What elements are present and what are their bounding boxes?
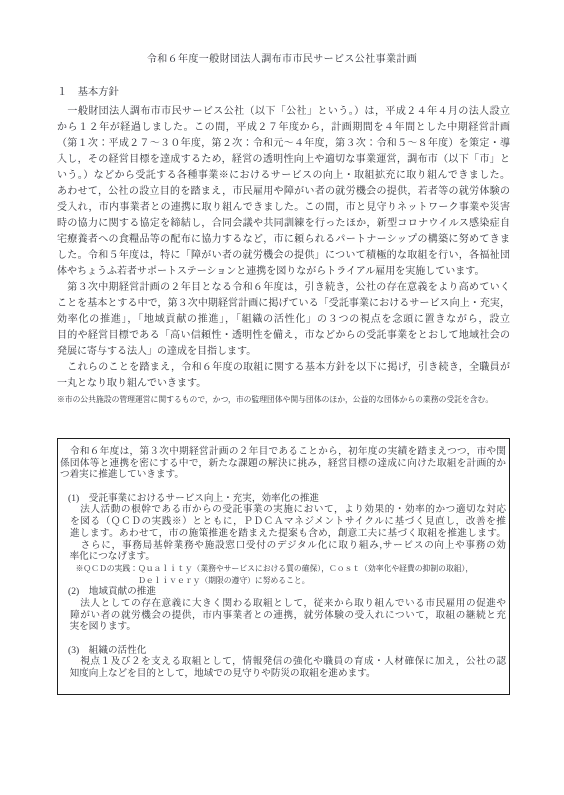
text-line: 実を図ります。 xyxy=(60,621,506,633)
text-line: 宅療養者への食糧品等の配布に協力するなど，市に頼られるパートナーシップの構築に努… xyxy=(57,232,510,248)
text-line: 目的や経営目標である「高い信頼性・透明性を備え，市などからの受託事業をとおして地… xyxy=(57,328,510,344)
text-line: （第１次：平成２７～３０年度，第２次：令和元～４年度，第３次：令和５～８年度）を… xyxy=(57,136,510,152)
text-line: Ｄｅｌｉｖｅｒｙ（期限の遵守）に努めること。 xyxy=(60,575,506,587)
text-line: 発展に寄与する法人」の達成を目指します。 xyxy=(57,344,510,360)
text-line: 率化につなげます。 xyxy=(60,551,506,563)
text-line: 一般財団法人調布市市民サービス公社（以下「公社」という。）は，平成２４年４月の法… xyxy=(57,104,510,120)
blank-line xyxy=(60,481,506,493)
text-line: 係団体等と連携を密にする中で，新たな課題の解決に挑み，経営目標の達成に向けた取組… xyxy=(60,458,506,470)
text-line: (2) 地域貢献の推進 xyxy=(60,586,506,598)
text-line: 体やちょうふ若者サポートステーションと連携を図りながらトライアル雇用を実施してい… xyxy=(57,264,510,280)
text-line: 第３次中期経営計画の２年目となる令和６年度は，引き続き，公社の存在意義をより高め… xyxy=(57,280,510,296)
section-1-body: 一般財団法人調布市市民サービス公社（以下「公社」という。）は，平成２４年４月の法… xyxy=(57,104,510,408)
text-line: 入し，その経営目標を達成するため，経営の透明性向上や適切な事業運営，調布市（以下… xyxy=(57,152,510,168)
text-line: した。令和５年度は，特に「障がい者の就労機会の提供」について積極的な取組を行い，… xyxy=(57,248,510,264)
text-line: 令和６年度は，第３次中期経営計画の２年目であることから，初年度の実績を踏まえつつ… xyxy=(60,446,506,458)
document-title: 令和６年度一般財団法人調布市市民サービス公社事業計画 xyxy=(0,54,564,66)
text-line: 効率化の推進」，「地域貢献の推進」，「組織の活性化」の３つの視点を念頭に置きなが… xyxy=(57,312,510,328)
text-line: さらに，事務局基幹業務や施設窓口受付のデジタル化に取り組み,サービスの向上や事務… xyxy=(60,540,506,552)
text-line: ※市の公共施設の管理運営に関するもので，かつ，市の監理団体や関与団体のほか，公益… xyxy=(57,392,510,408)
text-line: 一丸となり取り組んでいきます。 xyxy=(57,376,510,392)
text-line: 視点１及び２を支える取組として，情報発信の強化や職員の育成・人材確保に加え，公社… xyxy=(60,656,506,668)
text-line: 障がい者の就労機会の提供，市内事業者との連携，就労体験の受入れについて，取組の継… xyxy=(60,610,506,622)
text-line: (1) 受託事業におけるサービス向上・充実，効率化の推進 xyxy=(60,493,506,505)
text-line: 法人としての存在意義に大きく関わる取組として，従来から取り組んでいる市民雇用の促… xyxy=(60,598,506,610)
text-line: を図る（ＱＣＤの実践※）とともに，ＰＤＣＡマネジメントサイクルに基づく見直し，改… xyxy=(60,516,506,528)
text-line: (3) 組織の活性化 xyxy=(60,645,506,657)
text-line: いう。）などから受託する各種事業※におけるサービスの向上・取組拡充に取り組んでき… xyxy=(57,168,510,184)
section-1-heading: １ 基本方針 xyxy=(57,86,564,99)
text-line: ※ＱＣＤの実践：Ｑｕａｌｉｔｙ（業務やサービスにおける質の確保），Ｃｏｓｔ（効率… xyxy=(60,563,506,575)
text-line: から１２年が経過しました。この間，平成２７年度から，計画期間を４年間とした中期経… xyxy=(57,120,510,136)
text-line: これらのことを踏まえ，令和６年度の取組に関する基本方針を以下に掲げ，引き続き，全… xyxy=(57,360,510,376)
document-page: 令和６年度一般財団法人調布市市民サービス公社事業計画 １ 基本方針 一般財団法人… xyxy=(0,0,564,795)
text-line: ことを基本とする中で，第３次中期経営計画に掲げている「受託事業におけるサービス向… xyxy=(57,296,510,312)
blank-line xyxy=(60,633,506,645)
text-line: 進します。あわせて，市の施策推進を踏まえた提案も含め，創意工夫に基づく取組を推進… xyxy=(60,528,506,540)
text-line: つ着実に推進していきます。 xyxy=(60,469,506,481)
text-line: 受入れ，市内事業者との連携に取り組んできました。この間，市と見守りネットワーク事… xyxy=(57,200,510,216)
text-line: 知度向上などを目的として，地域での見守りや防災の取組を進めます。 xyxy=(60,668,506,680)
policy-summary-box: 令和６年度は，第３次中期経営計画の２年目であることから，初年度の実績を踏まえつつ… xyxy=(57,438,510,695)
text-line: 法人活動の根幹である市からの受託事業の実施において，より効果的・効率的かつ適切な… xyxy=(60,504,506,516)
text-line: あわせて，公社の設立目的を踏まえ，市民雇用や障がい者の就労機会の提供，若者等の就… xyxy=(57,184,510,200)
text-line: 時の協力に関する協定を締結し，合同会議や共同訓練を行ったほか，新型コロナウイルス… xyxy=(57,216,510,232)
